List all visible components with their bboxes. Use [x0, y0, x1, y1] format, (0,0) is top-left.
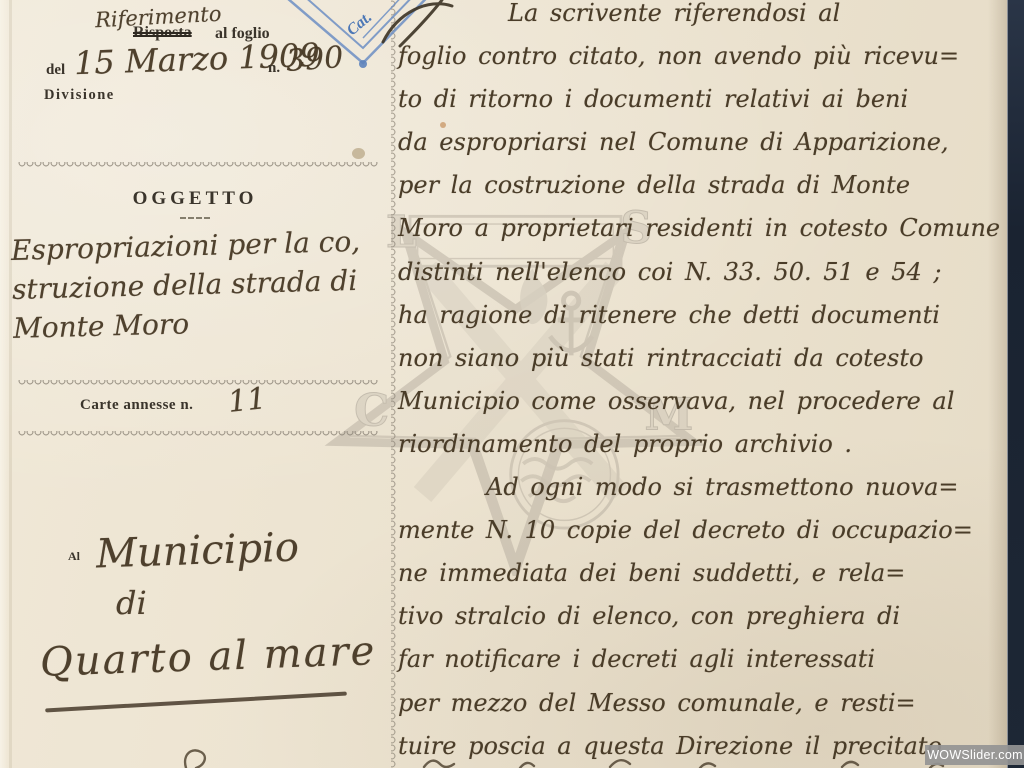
- letter-line: per mezzo del Messo comunale, e resti=: [398, 682, 1010, 725]
- letter-line: Moro a proprietari residenti in cotesto …: [398, 207, 1010, 250]
- del-label: del: [46, 62, 65, 79]
- letter-line: ne immediata dei beni suddetti, e rela=: [398, 552, 1010, 595]
- al-addressee-label: Al: [68, 549, 80, 564]
- oggetto-underline: [180, 217, 210, 219]
- division-label: Divisione: [44, 87, 115, 104]
- carte-annesse-value: 11: [226, 381, 268, 420]
- column-divider-rule: [391, 0, 396, 768]
- letter-line: da espropriarsi nel Comune di Apparizion…: [398, 121, 1010, 164]
- addressee-underline: [45, 692, 347, 712]
- letter-line: mente N. 10 copie del decreto di occupaz…: [398, 509, 1010, 552]
- letter-line: ha ragione di ritenere che detti documen…: [398, 294, 1010, 337]
- cut-off-bottom-strokes: [0, 740, 1024, 768]
- letter-line: distinti nell'elenco coi N. 33. 50. 51 e…: [398, 251, 1010, 294]
- paper-left-crease: [9, 0, 12, 768]
- letter-line: tivo stralcio di elenco, con preghiera d…: [398, 595, 1010, 638]
- scanned-document-page: L S C M Cat. Riferimento Risposta al fog…: [0, 0, 1024, 768]
- letter-line: foglio contro citato, non avendo più ric…: [398, 35, 1010, 78]
- addressee-di: di: [116, 584, 147, 622]
- letter-line: Ad ogni modo si trasmettono nuova=: [398, 466, 1010, 509]
- letter-line: riordinamento del proprio archivio .: [398, 423, 1010, 466]
- watermark-letter-c: C: [354, 385, 389, 436]
- ink-stain: [352, 148, 365, 159]
- letter-line: La scrivente riferendosi al: [398, 0, 1010, 35]
- letter-line: Municipio come osservava, nel procedere …: [398, 380, 1010, 423]
- addressee-municipio: Municipio: [95, 524, 299, 577]
- struck-risposta-label: Risposta: [133, 24, 192, 42]
- letter-line: per la costruzione della strada di Monte: [398, 164, 1010, 207]
- n-label: n.: [268, 60, 280, 77]
- stamp-corner-dot: [359, 60, 367, 68]
- letter-body: La scrivente riferendosi al foglio contr…: [398, 0, 1010, 768]
- protocol-number-handwritten: 390: [285, 40, 345, 79]
- letter-line: to di ritorno i documenti relativi ai be…: [398, 78, 1010, 121]
- form-rule: [18, 162, 378, 167]
- oggetto-label: OGGETTO: [0, 188, 390, 210]
- letter-line: non siano più stati rintracciati da cote…: [398, 337, 1010, 380]
- paper-left-edge: [0, 0, 8, 768]
- wowslider-credit[interactable]: WOWSlider.com: [925, 745, 1024, 765]
- form-rule: [18, 431, 378, 436]
- scan-edge-bar: [1007, 0, 1024, 768]
- letter-line: far notificare i decreti agli interessat…: [398, 638, 1010, 681]
- form-rule: [18, 380, 378, 385]
- addressee-town: Quarto al mare: [39, 628, 377, 686]
- carte-annesse-label: Carte annesse n.: [80, 397, 193, 414]
